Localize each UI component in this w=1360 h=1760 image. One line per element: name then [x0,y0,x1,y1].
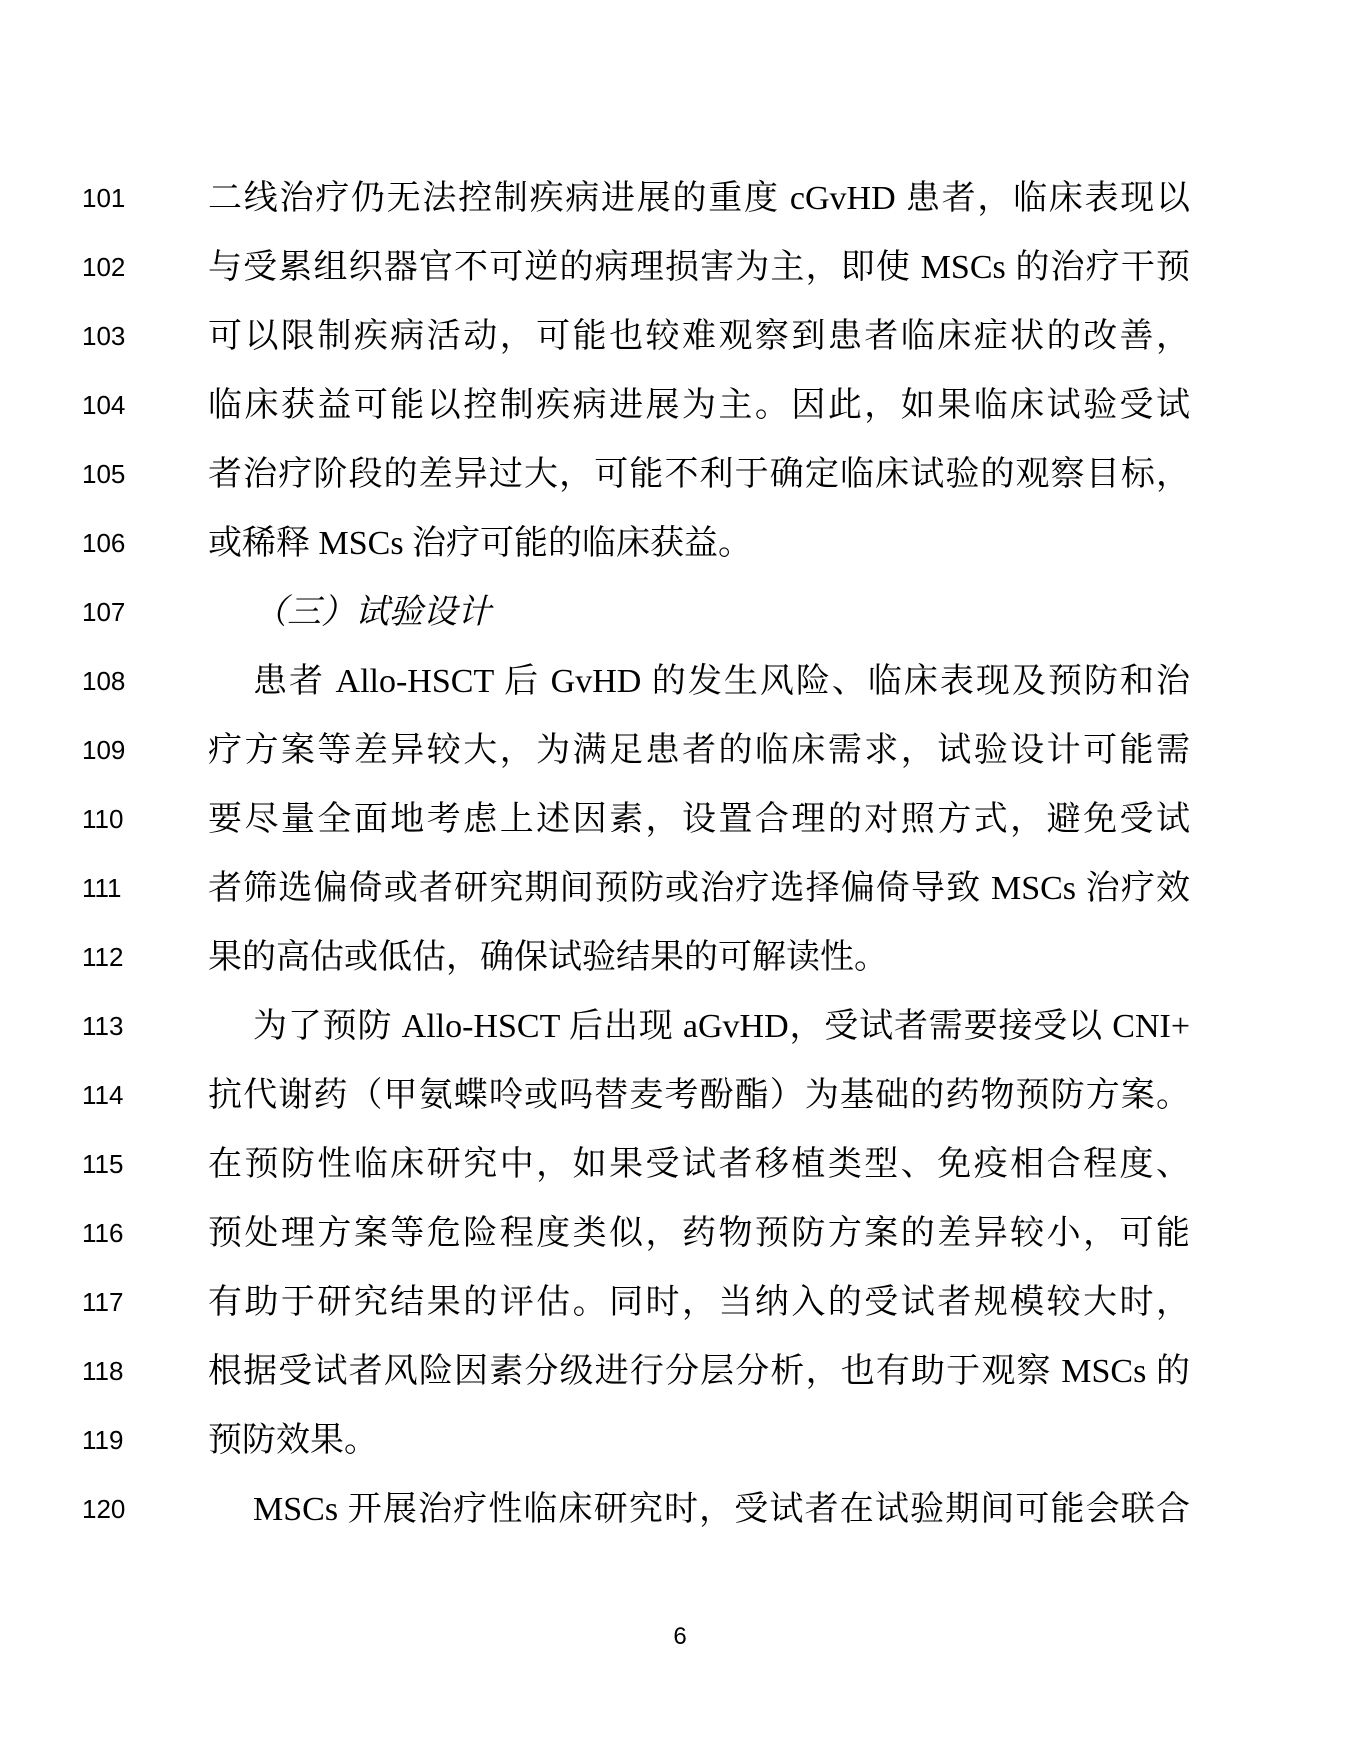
line-number-label: 113 [82,992,142,1061]
line-number-label: 106 [82,509,142,578]
line-number-label: 103 [82,302,142,371]
page-footer: 6 [0,1622,1360,1652]
document-line: 117 有助于研究结果的评估。同时，当纳入的受试者规模较大时， [0,1268,1360,1337]
document-line: 105 者治疗阶段的差异过大，可能不利于确定临床试验的观察目标， [0,440,1360,509]
line-number-label: 112 [82,923,142,992]
line-number-label: 109 [82,716,142,785]
document-line: 119 预防效果。 [0,1406,1360,1475]
line-number-label: 117 [82,1268,142,1337]
line-text: 患者 Allo-HSCT 后 GvHD 的发生风险、临床表现及预防和治 [208,647,1190,716]
line-text: 有助于研究结果的评估。同时，当纳入的受试者规模较大时， [208,1268,1190,1337]
line-text: 临床获益可能以控制疾病进展为主。因此，如果临床试验受试 [208,371,1190,440]
document-line: 107 （三）试验设计 [0,578,1360,647]
document-line: 108 患者 Allo-HSCT 后 GvHD 的发生风险、临床表现及预防和治 [0,647,1360,716]
document-line: 102 与受累组织器官不可逆的病理损害为主，即使 MSCs 的治疗干预 [0,233,1360,302]
line-number-label: 118 [82,1337,142,1406]
line-number-label: 108 [82,647,142,716]
line-text: 抗代谢药（甲氨蝶呤或吗替麦考酚酯）为基础的药物预防方案。 [208,1061,1190,1130]
line-text: 者治疗阶段的差异过大，可能不利于确定临床试验的观察目标， [208,440,1190,509]
line-text: 预防效果。 [208,1406,1190,1475]
line-text: 或稀释 MSCs 治疗可能的临床获益。 [208,509,1190,578]
line-number-label: 102 [82,233,142,302]
line-number-label: 111 [82,854,142,923]
document-line: 106 或稀释 MSCs 治疗可能的临床获益。 [0,509,1360,578]
line-number-label: 107 [82,578,142,647]
page-number: 6 [673,1623,686,1650]
document-line: 109 疗方案等差异较大，为满足患者的临床需求，试验设计可能需 [0,716,1360,785]
line-text: 在预防性临床研究中，如果受试者移植类型、免疫相合程度、 [208,1130,1190,1199]
document-line: 103 可以限制疾病活动，可能也较难观察到患者临床症状的改善， [0,302,1360,371]
document-line: 114 抗代谢药（甲氨蝶呤或吗替麦考酚酯）为基础的药物预防方案。 [0,1061,1360,1130]
document-line: 110 要尽量全面地考虑上述因素，设置合理的对照方式，避免受试 [0,785,1360,854]
line-number-label: 120 [82,1475,142,1544]
line-text: （三）试验设计 [208,578,1190,647]
line-number-label: 116 [82,1199,142,1268]
line-text: 果的高估或低估，确保试验结果的可解读性。 [208,923,1190,992]
line-number-label: 114 [82,1061,142,1130]
line-text: 者筛选偏倚或者研究期间预防或治疗选择偏倚导致 MSCs 治疗效 [208,854,1190,923]
document-line: 115 在预防性临床研究中，如果受试者移植类型、免疫相合程度、 [0,1130,1360,1199]
document-line: 112 果的高估或低估，确保试验结果的可解读性。 [0,923,1360,992]
document-line: 113 为了预防 Allo-HSCT 后出现 aGvHD，受试者需要接受以 CN… [0,992,1360,1061]
line-text: 疗方案等差异较大，为满足患者的临床需求，试验设计可能需 [208,716,1190,785]
line-text: 与受累组织器官不可逆的病理损害为主，即使 MSCs 的治疗干预 [208,233,1190,302]
document-line: 101 二线治疗仍无法控制疾病进展的重度 cGvHD 患者，临床表现以 [0,164,1360,233]
line-text: 可以限制疾病活动，可能也较难观察到患者临床症状的改善， [208,302,1190,371]
document-text-area: 101 二线治疗仍无法控制疾病进展的重度 cGvHD 患者，临床表现以 102 … [0,164,1360,1544]
line-number-label: 105 [82,440,142,509]
line-text: 预处理方案等危险程度类似，药物预防方案的差异较小，可能 [208,1199,1190,1268]
document-line: 118 根据受试者风险因素分级进行分层分析，也有助于观察 MSCs 的 [0,1337,1360,1406]
document-line: 116 预处理方案等危险程度类似，药物预防方案的差异较小，可能 [0,1199,1360,1268]
line-number-label: 101 [82,164,142,233]
line-text: MSCs 开展治疗性临床研究时，受试者在试验期间可能会联合 [208,1475,1190,1544]
document-line: 104 临床获益可能以控制疾病进展为主。因此，如果临床试验受试 [0,371,1360,440]
line-text: 为了预防 Allo-HSCT 后出现 aGvHD，受试者需要接受以 CNI+ [208,992,1190,1061]
line-number-label: 110 [82,785,142,854]
document-line: 120 MSCs 开展治疗性临床研究时，受试者在试验期间可能会联合 [0,1475,1360,1544]
line-text: 二线治疗仍无法控制疾病进展的重度 cGvHD 患者，临床表现以 [208,164,1190,233]
line-number-label: 115 [82,1130,142,1199]
line-number-label: 119 [82,1406,142,1475]
line-text: 要尽量全面地考虑上述因素，设置合理的对照方式，避免受试 [208,785,1190,854]
document-page: 101 二线治疗仍无法控制疾病进展的重度 cGvHD 患者，临床表现以 102 … [0,0,1360,1760]
document-line: 111 者筛选偏倚或者研究期间预防或治疗选择偏倚导致 MSCs 治疗效 [0,854,1360,923]
line-text: 根据受试者风险因素分级进行分层分析，也有助于观察 MSCs 的 [208,1337,1190,1406]
line-number-label: 104 [82,371,142,440]
